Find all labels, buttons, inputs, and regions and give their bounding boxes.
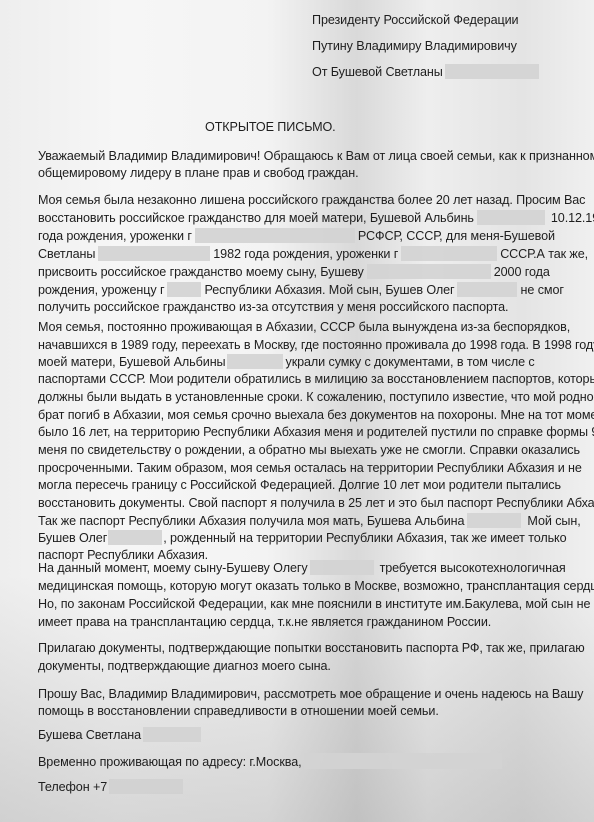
signature-phone: Телефон +7 <box>38 779 183 796</box>
p3-line-13: Бушев Олег, рожденный на территории Респ… <box>38 530 567 547</box>
redacted-block <box>227 354 283 369</box>
p3-line-11: восстановить документы. Свой паспорт я п… <box>38 495 594 512</box>
redacted-block <box>109 779 183 794</box>
redacted-block <box>367 264 491 279</box>
p2-line-5: присвоить российское гражданство моему с… <box>38 264 550 281</box>
redacted-block <box>195 228 355 243</box>
redacted-block <box>477 210 545 225</box>
p3-line-6: брат погиб в Абхазии, моя семья срочно в… <box>38 407 594 424</box>
p2-line-1: Моя семья была незаконно лишена российск… <box>38 192 585 209</box>
letter-page: Президенту Российской Федерации Путину В… <box>0 0 594 822</box>
p3-line-10: могла пересечь границу с Российской Феде… <box>38 477 561 494</box>
p1-line-2: общемировому лидеру в плане прав и свобо… <box>38 165 359 182</box>
p3-line-1: Моя семья, постоянно проживающая в Абхаз… <box>38 319 570 336</box>
p3-line-9: просроченными. Таким образом, моя семья … <box>38 460 582 477</box>
p5-line-1: Прилагаю документы, подтверждающие попыт… <box>38 640 585 657</box>
redacted-block <box>457 282 517 297</box>
p3-line-12: Так же паспорт Республики Абхазия получи… <box>38 513 581 530</box>
p2-line-3: года рождения, уроженки гРСФСР, СССР, дл… <box>38 228 555 245</box>
p2-line-7: получить российское гражданство из-за от… <box>38 299 508 316</box>
p3-line-3: моей матери, Бушевой Альбиныукрали сумку… <box>38 354 535 371</box>
redacted-block <box>401 246 497 261</box>
letter-title: ОТКРЫТОЕ ПИСЬМО. <box>205 119 336 136</box>
p2-line-4: Светланы1982 года рождения, уроженки гСС… <box>38 246 588 263</box>
sender-line: От Бушевой Светланы <box>312 64 539 81</box>
signature-name: Бушева Светлана <box>38 727 201 744</box>
redacted-block <box>467 513 521 528</box>
p3-line-8: меня по свидетельству о рождении, а обра… <box>38 442 580 459</box>
p3-line-7: было 16 лет, на территорию Республики Аб… <box>38 424 594 441</box>
p5-line-2: документы, подтверждающие диагноз моего … <box>38 658 331 675</box>
p1-line-1: Уважаемый Владимир Владимирович! Обращаю… <box>38 148 594 165</box>
p4-line-4: имеет права на трансплантацию сердца, т.… <box>38 614 491 631</box>
p4-line-3: Но, по законам Российской Федерации, как… <box>38 596 590 613</box>
redacted-block <box>310 560 374 575</box>
p6-line-2: помощь в восстановлении справедливости в… <box>38 703 439 720</box>
redacted-block <box>143 727 201 742</box>
addressee-line-1: Президенту Российской Федерации <box>312 12 518 29</box>
addressee-line-2: Путину Владимиру Владимировичу <box>312 38 517 55</box>
p4-line-1: На данный момент, моему сыну-Бушеву Олег… <box>38 560 566 577</box>
signature-address: Временно проживающая по адресу: г.Москва… <box>38 753 502 771</box>
redacted-block <box>304 753 502 769</box>
redacted-block <box>108 530 162 545</box>
p3-line-2: начавшихся в 1989 году, переехать в Моск… <box>38 337 594 354</box>
p3-line-5: должны были выдать в установленные сроки… <box>38 389 594 406</box>
p3-line-4: паспортами СССР. Мои родители обратились… <box>38 371 594 388</box>
redacted-block <box>167 282 201 297</box>
p6-line-1: Прошу Вас, Владимир Владимирович, рассмо… <box>38 686 583 703</box>
p2-line-2: восстановить российское гражданство для … <box>38 210 594 227</box>
p4-line-2: медицинская помощь, которую могут оказат… <box>38 578 594 595</box>
redacted-block <box>98 246 210 261</box>
p2-line-6: рождения, уроженцу гРеспублики Абхазия. … <box>38 282 564 299</box>
redacted-block <box>445 64 539 79</box>
